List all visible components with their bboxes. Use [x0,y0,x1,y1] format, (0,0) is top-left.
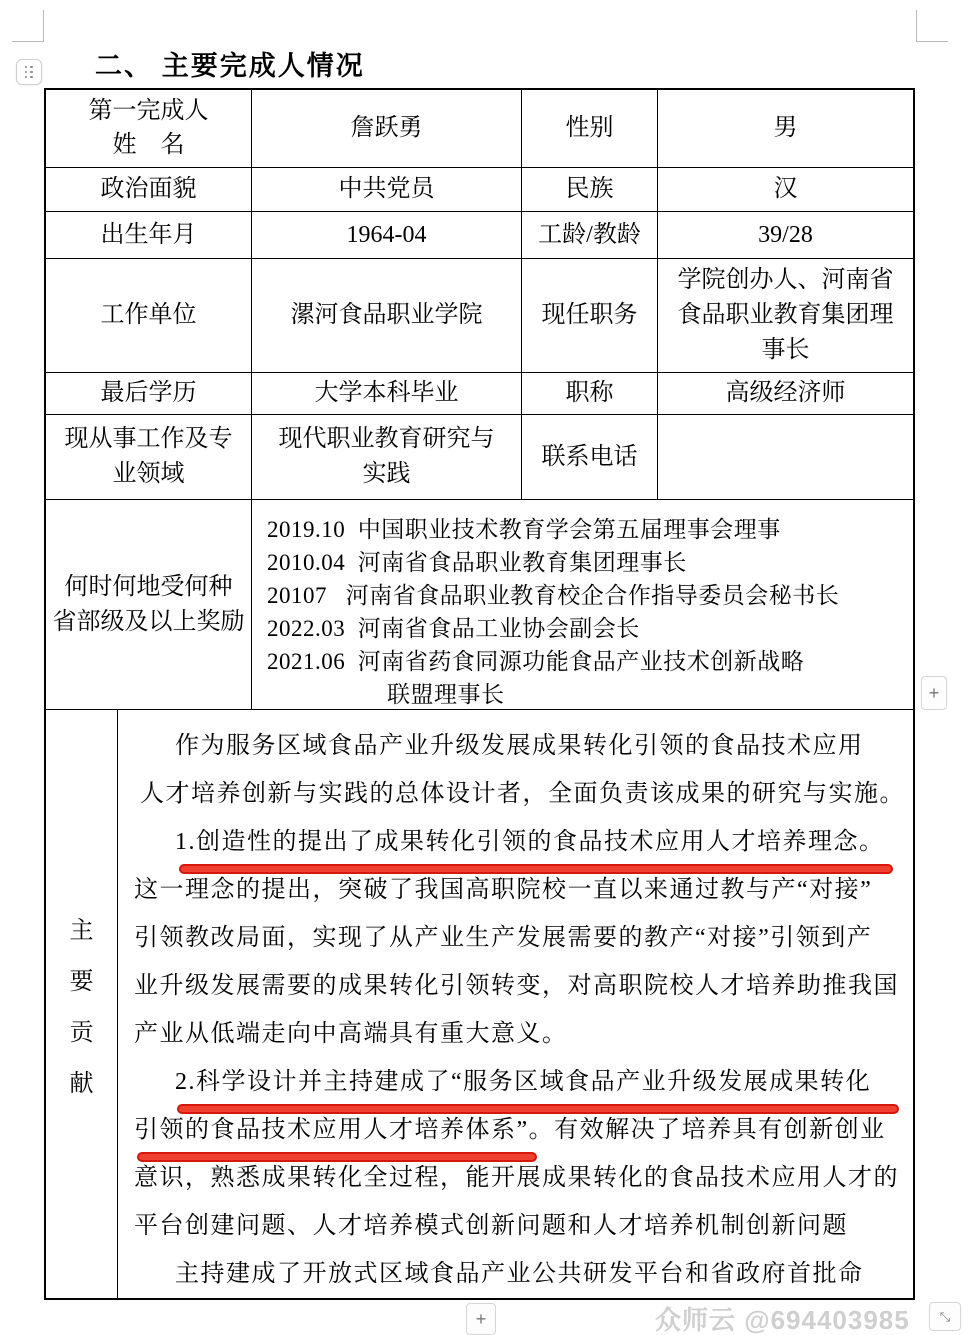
table-drag-handle[interactable] [16,59,42,85]
field-label: 何时何地受何种 省部级及以上奖励 [46,500,252,709]
award-item: 2019.10 中国职业技术教育学会第五届理事会理事 [267,513,909,546]
award-item: 20107 河南省食品职业教育校企合作指导委员会秘书长 [267,579,909,612]
field-label: 民族 [522,168,658,212]
field-value[interactable] [658,415,913,499]
contrib-line: 作为服务区域食品产业升级发展成果转化引领的食品技术应用 [118,722,905,770]
field-value[interactable]: 漯河食品职业学院 [252,259,522,371]
field-value[interactable]: 39/28 [658,212,913,258]
field-value[interactable]: 詹跃勇 [252,90,522,167]
contrib-line: 人才培养创新与实践的总体设计者，全面负责该成果的研究与实施。 [118,770,905,818]
field-label: 现任职务 [522,259,658,371]
award-item: 2010.04 河南省食品职业教育集团理事长 [267,546,909,579]
field-value[interactable]: 学院创办人、河南省 食品职业教育集团理 事长 [658,259,913,371]
contrib-line: 产业从低端走向中高端具有重大意义。 [118,1010,905,1058]
field-label: 工作单位 [46,259,252,371]
field-label: 出生年月 [46,212,252,258]
contrib-line: 1.创造性的提出了成果转化引领的食品技术应用人才培养理念。 [118,818,905,866]
field-value[interactable]: 男 [658,90,913,167]
label-char: 主 [70,910,94,945]
field-label: 最后学历 [46,373,252,415]
red-marker-underline-3 [137,1152,537,1162]
contrib-line: 引领教改局面，实现了从产业生产发展需要的教产“对接”引领到产 [118,914,905,962]
add-row-button[interactable]: + [466,1303,496,1335]
table-row: 出生年月 1964-04 工龄/教龄 39/28 [46,212,913,259]
field-label: 职称 [522,373,658,415]
page-margin-corner-top-left [12,10,44,42]
contributions-text[interactable]: 作为服务区域食品产业升级发展成果转化引领的食品技术应用 人才培养创新与实践的总体… [118,710,913,1298]
award-item: 2021.06 河南省药食同源功能食品产业技术创新战略 [267,645,909,678]
section-title: 二、 主要完成人情况 [95,44,365,83]
six-dot-grid-icon [25,66,34,79]
contrib-line: 2.科学设计并主持建成了“服务区域食品产业升级发展成果转化 [118,1058,905,1106]
table-resize-button[interactable]: ⤡ [929,1302,961,1331]
field-label: 现从事工作及专 业领域 [46,415,252,499]
contributor-info-table: 第一完成人 姓 名 詹跃勇 性别 男 政治面貌 中共党员 民族 汉 出生年月 1… [44,88,915,1300]
page-margin-corner-top-right [916,10,948,42]
add-column-button[interactable]: + [921,676,947,710]
field-label: 性别 [522,90,658,167]
field-label: 工龄/教龄 [522,212,658,258]
contrib-line: 平台创建问题、人才培养模式创新问题和人才培养机制创新问题 [118,1202,905,1250]
contrib-line: 主持建成了开放式区域食品产业公共研发平台和省政府首批命 [118,1250,905,1298]
field-label: 政治面貌 [46,168,252,212]
table-row: 现从事工作及专 业领域 现代职业教育研究与 实践 联系电话 [46,415,913,500]
award-item-continuation: 联盟理事长 [267,678,909,711]
field-value[interactable]: 高级经济师 [658,373,913,415]
award-item: 2022.03 河南省食品工业协会副会长 [267,612,909,645]
contributions-row: 主 要 贡 献 作为服务区域食品产业升级发展成果转化引领的食品技术应用 人才培养… [46,710,913,1298]
field-value[interactable]: 大学本科毕业 [252,373,522,415]
label-char: 贡 [70,1012,94,1047]
field-value[interactable]: 现代职业教育研究与 实践 [252,415,522,499]
document-page: 二、 主要完成人情况 第一完成人 姓 名 詹跃勇 性别 男 政治面貌 中共党员 … [0,0,978,1335]
field-value[interactable]: 汉 [658,168,913,212]
awards-list[interactable]: 2019.10 中国职业技术教育学会第五届理事会理事 2010.04 河南省食品… [252,500,913,709]
watermark: 众师云 @694403985 [655,1300,910,1335]
awards-row: 何时何地受何种 省部级及以上奖励 2019.10 中国职业技术教育学会第五届理事… [46,500,913,710]
label-char: 要 [70,961,94,996]
contrib-line: 业升级发展需要的成果转化引领转变，对高职院校人才培养助推我国 [118,962,905,1010]
red-marker-underline-2 [177,1104,899,1114]
table-row: 工作单位 漯河食品职业学院 现任职务 学院创办人、河南省 食品职业教育集团理 事… [46,259,913,372]
field-label: 联系电话 [522,415,658,499]
table-row: 政治面貌 中共党员 民族 汉 [46,168,913,213]
red-marker-underline-1 [179,864,893,874]
field-label-vertical: 主 要 贡 献 [46,710,118,1298]
table-row: 第一完成人 姓 名 詹跃勇 性别 男 [46,90,913,168]
field-label: 第一完成人 姓 名 [46,90,252,167]
table-row: 最后学历 大学本科毕业 职称 高级经济师 [46,373,913,416]
field-value[interactable]: 1964-04 [252,212,522,258]
field-value[interactable]: 中共党员 [252,168,522,212]
label-char: 献 [70,1063,94,1098]
